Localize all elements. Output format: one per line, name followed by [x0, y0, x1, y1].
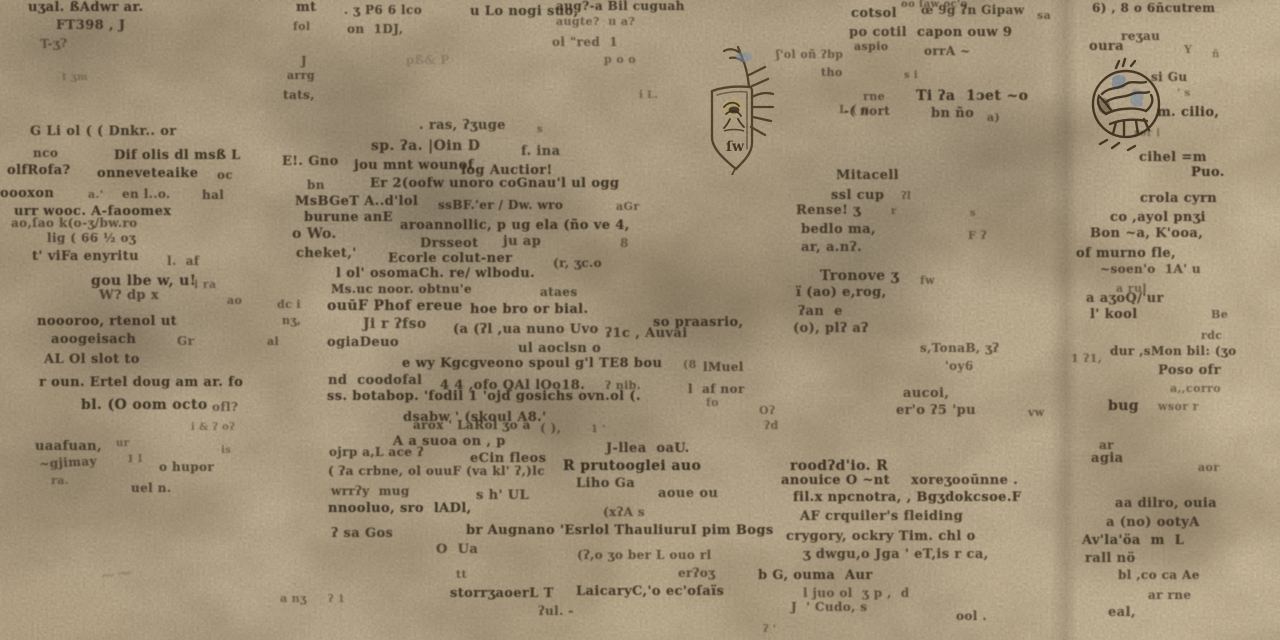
text-fragment: FT398 , J — [56, 19, 125, 32]
text-fragment: . ʒ P6 6 lco — [344, 4, 422, 16]
text-fragment: 1 ' — [591, 425, 606, 435]
text-fragment: MsBGeT A..d'lol — [295, 195, 418, 208]
text-fragment: hoe bro or bial. — [470, 303, 588, 316]
text-fragment: J ' Cudo, s — [791, 601, 867, 613]
text-fragment: ï (ao) e,rog, — [796, 286, 887, 299]
text-fragment: 'oy6 — [945, 360, 974, 372]
text-fragment: a) — [987, 112, 1000, 123]
text-fragment: i ra — [194, 279, 217, 290]
text-fragment: r — [891, 207, 897, 217]
text-fragment: bn — [307, 179, 325, 191]
text-fragment: ju ap — [503, 235, 541, 248]
text-fragment: l ol' osomaCh. re/ wlbodu. — [336, 267, 535, 280]
text-fragment: ar — [1099, 439, 1114, 451]
text-fragment: aucoi, — [903, 387, 949, 400]
text-fragment: noooroo, rtenol ut — [37, 315, 177, 328]
text-fragment: bl ,co ca Ae — [1118, 569, 1200, 581]
text-fragment: Er 2(oofw unoro coGnau'l ul ogg — [370, 177, 619, 190]
text-fragment: Ti ʔa 1ɔet ~o — [916, 89, 1028, 103]
text-fragment: O Ua — [436, 543, 478, 556]
text-fragment: ar, a.nʔ. — [801, 241, 862, 254]
text-fragment: ofl? — [212, 401, 238, 413]
shield-crest-icon: ſw — [697, 45, 801, 175]
text-fragment: co ,ayol pnʒi — [1110, 211, 1206, 224]
text-fragment: aug?-a Bil cuguah — [556, 0, 685, 12]
text-fragment: anouice O ~nt — [781, 474, 890, 487]
text-fragment: dur ,sMon bil: (ʒo — [1110, 345, 1237, 357]
text-fragment: uel n. — [131, 482, 171, 494]
text-fragment: ao,ſao k(o-ʒ/bw.ro — [11, 217, 137, 229]
text-fragment: uʒal. ßAdwr ar. — [28, 1, 143, 14]
text-fragment: ʔ ' — [763, 625, 776, 635]
text-fragment: ~~ — [98, 561, 135, 586]
text-fragment: f. ina — [521, 145, 560, 158]
text-fragment: aoue ou — [658, 487, 718, 500]
text-fragment: a.' — [88, 189, 104, 200]
text-fragment: ʔ1c , Auvai — [605, 327, 688, 340]
text-fragment: Puo. — [1191, 166, 1225, 179]
text-fragment: ( ), — [540, 422, 561, 434]
text-fragment: e wy Kgcgveono spoul g'l TE8 bou — [402, 357, 662, 370]
text-fragment: nd coodofal — [328, 374, 422, 387]
text-fragment: Ji r ʔfso — [363, 317, 427, 331]
text-fragment: Poso ofr — [1158, 364, 1221, 377]
text-fragment: ul aoclsn o — [518, 342, 601, 355]
text-fragment: l af nor — [688, 383, 745, 395]
text-fragment: Ecorle colut-ner — [388, 252, 512, 265]
text-fragment: ʒ dwgu,o Jga ' eT,is r ca, — [803, 548, 989, 561]
text-fragment: crola cyrn — [1140, 192, 1217, 205]
text-fragment: Y — [1184, 44, 1192, 55]
text-fragment: Bon ~a, K'ooa, — [1090, 227, 1203, 240]
text-fragment: Rense! ʒ — [796, 204, 861, 217]
text-fragment: bug — [1108, 399, 1139, 413]
text-fragment: arrg — [287, 70, 315, 81]
text-fragment: fo — [706, 397, 719, 408]
text-fragment: 6) , 8 o 6ñcutrem — [1092, 2, 1215, 14]
text-fragment: nʒ, — [282, 315, 301, 326]
text-fragment: cheket,' — [296, 247, 357, 260]
text-fragment: s h' UL — [476, 489, 529, 502]
text-fragment: ʔul. - — [538, 605, 574, 617]
text-fragment: t' viFa enyritu — [32, 250, 139, 263]
text-fragment: aoogeisach — [51, 333, 136, 346]
text-fragment: ar rne — [1148, 589, 1191, 601]
text-fragment: en l..o. — [122, 188, 171, 200]
text-fragment: G Li ol ( ( Dnkr.. or — [30, 125, 177, 138]
text-fragment: roodʔd'io. R — [790, 459, 888, 473]
text-fragment: ( ʔa crbne, ol ouuF (va kl' ʔ,)lc — [328, 465, 545, 477]
text-fragment: . ras, ʔʒuge — [419, 119, 506, 132]
text-fragment: Oʔ — [759, 405, 775, 416]
text-fragment: bl. (O oom octo — [81, 398, 208, 412]
text-fragment: l juo ol ʒ p , d — [803, 587, 910, 599]
text-fragment: s i — [904, 71, 918, 81]
text-fragment: on 1DJ, — [347, 23, 403, 35]
text-fragment: tho — [821, 67, 843, 78]
text-fragment: arox ' LaRol ʒo a — [413, 419, 531, 431]
text-fragment: ur — [116, 439, 129, 449]
text-fragment: cotsol — [851, 7, 897, 20]
text-fragment: pß& P — [406, 54, 450, 66]
text-fragment: oooxon — [0, 187, 54, 200]
parchment-page: uʒal. ßAdwr ar.FT398 , JT-ʒ?t ʒmmt. ʒ P6… — [0, 0, 1280, 640]
text-fragment: of murno fle, — [1076, 247, 1176, 260]
text-fragment: (ʔ,o ʒo ber L ouo rl — [577, 549, 712, 561]
text-fragment: aa dilro, ouia — [1115, 497, 1217, 510]
shield-monogram: ſw — [726, 139, 745, 155]
text-fragment: nnooluo, sro lADl, — [328, 502, 472, 515]
text-fragment: Ms.uc noor. obtnu'e — [331, 283, 472, 295]
text-fragment: L ( n — [839, 104, 870, 115]
text-fragment: rall nö — [1085, 552, 1136, 565]
text-fragment: (r, ʒc.o — [553, 257, 602, 269]
text-fragment: (a (ʔl ,ua nuno Uvo — [453, 323, 599, 336]
text-fragment: Liho Ga — [576, 477, 635, 490]
text-fragment: ssBF.'er / Dw. wro — [438, 199, 563, 211]
text-fragment: tt — [456, 569, 467, 580]
text-fragment: l. af — [167, 255, 199, 267]
text-fragment: t ʒm — [62, 73, 88, 83]
text-fragment: fil.x npcnotra, , Bgʒdokcsoe.F — [793, 491, 1021, 504]
text-fragment: AF crquiler's fleiding — [800, 510, 963, 523]
text-fragment: jou mnt wounof — [354, 159, 474, 172]
text-fragment: o Wo. — [292, 227, 337, 241]
text-fragment: tats, — [283, 89, 315, 101]
text-fragment: (8 — [683, 359, 697, 370]
text-fragment: ss. botabop. 'fodil 1 'ojd gosichs ovn.o… — [327, 390, 641, 403]
text-fragment: xoreʒooūnne . — [911, 474, 1018, 487]
text-fragment: oura — [1089, 40, 1124, 53]
text-fragment: ogiaDeuo — [327, 336, 399, 349]
text-fragment: i L. — [639, 91, 658, 101]
text-fragment: aroannollic, p ug ela (ño ve 4, — [400, 219, 630, 232]
text-fragment: onneveteaike — [97, 167, 198, 180]
text-fragment: is — [221, 446, 231, 456]
text-fragment: aspio — [854, 41, 889, 52]
text-fragment: Av'la'öa m L — [1082, 534, 1184, 547]
text-fragment: eal, — [1108, 606, 1136, 619]
text-fragment: ao — [227, 295, 242, 306]
text-fragment: augte? u a? — [556, 16, 635, 27]
text-fragment: agia — [1091, 452, 1123, 465]
text-fragment: po cotil — [849, 26, 907, 39]
text-fragment: nco — [33, 147, 58, 159]
text-fragment: ssl cup — [831, 189, 884, 202]
text-fragment: ol "red 1 — [552, 36, 618, 48]
text-fragment: ~soen'o 1A' u — [1100, 263, 1201, 275]
text-fragment: a,,corro — [1170, 383, 1221, 394]
text-fragment: r oun. Ertel doug am ar. fo — [39, 376, 243, 389]
text-fragment: ataes — [540, 286, 577, 298]
text-fragment: br Augnano 'Esrlol ThauliuruI pim Bogs — [466, 524, 774, 537]
text-fragment: ʔl — [901, 192, 911, 202]
text-fragment: (xʔA s — [603, 506, 645, 518]
text-fragment: lMuel — [703, 361, 744, 373]
text-fragment: gou lbe w, u! — [91, 274, 196, 288]
text-fragment: wsor r — [1158, 401, 1199, 412]
text-fragment: ojrp a,L ace ʔ — [329, 446, 424, 458]
text-fragment: ʔd — [764, 420, 779, 431]
text-fragment: fw — [920, 275, 935, 286]
text-fragment: p o o — [604, 54, 636, 65]
text-fragment: ~gjimay — [39, 455, 97, 470]
text-fragment: uaafuan, — [35, 440, 102, 453]
text-fragment: (o), plʔ aʔ — [793, 322, 869, 335]
text-fragment: s,TonaB, ʒʔ — [920, 342, 999, 354]
text-fragment: Dif olis dl msß L — [114, 149, 241, 162]
text-fragment: al — [267, 336, 279, 347]
text-fragment: aGr — [616, 201, 640, 212]
text-fragment: Drsseot — [420, 237, 479, 250]
text-fragment: a (no) ootyA — [1106, 516, 1200, 529]
text-fragment: lig ( 66 ½ oʒ — [47, 232, 136, 244]
text-fragment: T-ʒ? — [40, 37, 68, 50]
text-fragment: s — [970, 209, 976, 219]
text-fragment: J — [301, 55, 307, 67]
text-fragment: sp. ʔa. |Oin D — [371, 139, 480, 153]
text-fragment: vw — [1028, 407, 1045, 418]
text-fragment: R prutooglei auo — [563, 459, 701, 473]
text-fragment: b G, ouma Aur — [758, 569, 873, 582]
text-fragment: ʔ 1 — [328, 595, 345, 605]
text-fragment: ool . — [956, 610, 987, 622]
text-fragment: W? dp x — [99, 289, 159, 302]
text-fragment: ñ — [1212, 50, 1220, 60]
text-fragment: erʔoʒ — [678, 567, 715, 579]
text-fragment: olfRofa? — [7, 164, 71, 177]
text-fragment: er'o ʔ5 'pu — [896, 404, 976, 417]
text-fragment: wrrʔy mug — [331, 485, 410, 497]
text-fragment: rdc — [1201, 330, 1222, 341]
text-fragment: crygory, ockry Tim. chl o — [786, 530, 976, 543]
text-fragment: bedlo ma, — [801, 223, 876, 236]
text-fragment: fol — [293, 21, 310, 32]
text-fragment: ʔan e — [798, 305, 843, 318]
text-fragment: LaicaryC,'o ec'oſaïs — [576, 585, 724, 598]
text-fragment: ra. — [51, 475, 69, 486]
text-fragment: storrʒaoerL T — [450, 587, 554, 600]
text-fragment: a aʒoQ/'ur — [1086, 292, 1164, 305]
text-fragment: AL Ol slot to — [44, 353, 140, 366]
text-fragment: capon ouw 9 — [917, 26, 1012, 39]
text-fragment: Tronove ʒ — [820, 269, 899, 283]
round-seal-icon — [1086, 56, 1182, 158]
text-fragment: l' kool — [1090, 308, 1138, 321]
text-fragment: 1 ʔ1, — [1071, 353, 1102, 364]
text-fragment: 1 l — [127, 455, 142, 465]
text-fragment: ʔ sa Gos — [331, 527, 393, 540]
text-fragment: reʒau — [1121, 30, 1160, 42]
text-fragment: Mitacell — [836, 169, 899, 182]
text-fragment: J-llea oaU. — [606, 442, 690, 455]
text-fragment: i & ʔ oʔ — [191, 423, 235, 433]
text-fragment: o hupor — [159, 461, 214, 473]
text-fragment: burune anE — [304, 211, 393, 224]
text-fragment: 8 — [620, 237, 629, 249]
text-fragment: Gr — [177, 335, 194, 347]
blue-ink-spot — [736, 52, 752, 62]
text-fragment: oc — [217, 169, 233, 181]
text-fragment: a nʒ — [280, 593, 307, 604]
bird-body — [729, 107, 740, 114]
text-fragment: Be — [1211, 309, 1228, 320]
text-fragment: aor — [1198, 462, 1219, 473]
text-fragment: F ʔ — [968, 230, 987, 241]
text-fragment: œ 9g ʔn Gipaw — [921, 4, 1024, 16]
text-fragment: hal — [202, 189, 224, 201]
text-fragment: E!. Gno — [282, 155, 339, 168]
text-fragment: ouūF Phof ereue — [327, 299, 463, 313]
text-fragment: rne — [863, 91, 885, 102]
text-fragment: mt — [296, 1, 317, 14]
text-fragment: orrA ~ — [924, 45, 971, 57]
text-fragment: bn ño — [931, 107, 974, 120]
text-fragment: s — [537, 125, 543, 135]
text-fragment: dc i — [277, 299, 301, 310]
text-fragment: sa — [1037, 10, 1051, 21]
